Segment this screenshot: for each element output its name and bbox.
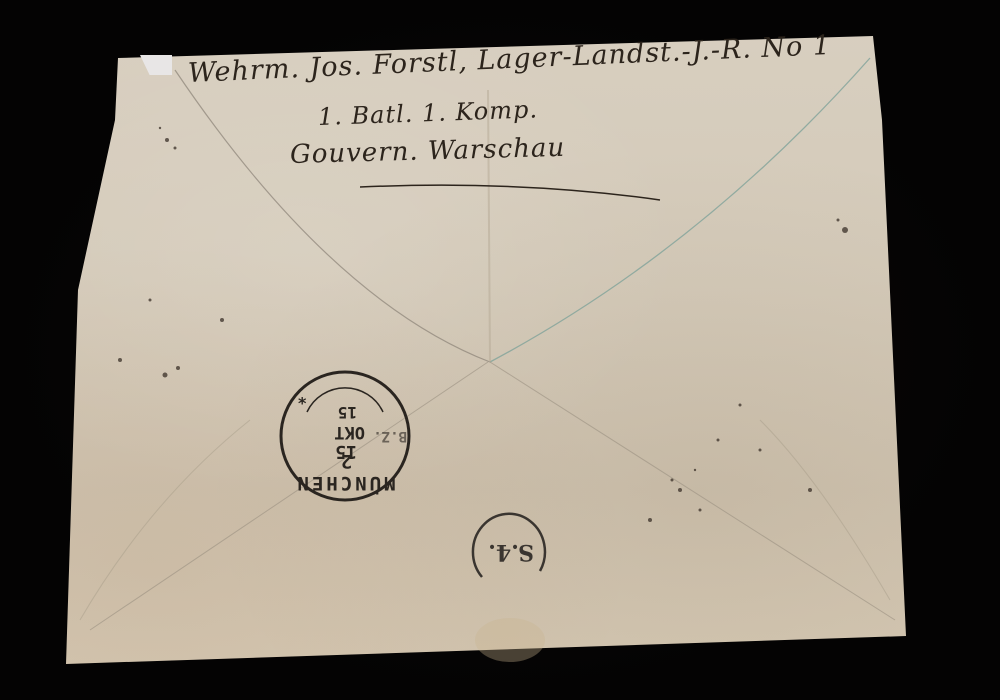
dark-background: Wehrm. Jos. Forstl, Lager-Landst.-J.-R. … (0, 0, 1000, 700)
receiving-stamp: S.4. (470, 505, 552, 591)
postmark-day: 15 (335, 441, 357, 462)
envelope: Wehrm. Jos. Forstl, Lager-Landst.-J.-R. … (0, 0, 1000, 700)
receiving-stamp-text: S.4. (488, 539, 534, 565)
postmark-time: B.Z. (373, 428, 407, 444)
munich-postmark: MÜNCHEN 2 15 OKT 15 * B.Z. (277, 368, 413, 504)
postmark-year: 15 (338, 403, 357, 422)
postmark-star: * (297, 389, 307, 408)
postmark-month: OKT (334, 422, 365, 442)
